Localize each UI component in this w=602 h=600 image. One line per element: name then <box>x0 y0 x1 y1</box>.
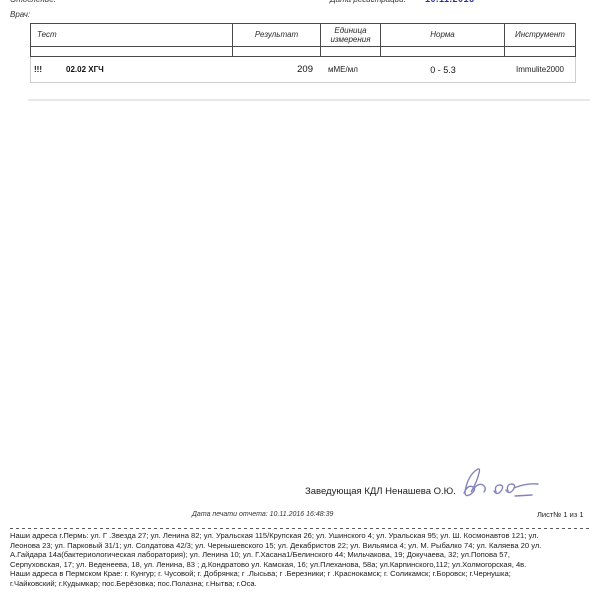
addresses-perm: Наши адреса г.Пермь: ул. Г .Звезда 27; у… <box>10 531 558 569</box>
abnormal-flag: !!! <box>34 65 66 74</box>
instrument-name: Immulite2000 <box>505 65 575 74</box>
print-date-label: Дата печати отчета: <box>192 511 268 518</box>
column-header-instrument: Инструмент <box>505 24 575 46</box>
column-header-unit: Единица измерения <box>321 24 381 46</box>
horizontal-divider <box>28 99 590 101</box>
column-header-norm: Норма <box>381 24 505 46</box>
dashed-separator <box>10 528 591 529</box>
addresses-block: Наши адреса г.Пермь: ул. Г .Звезда 27; у… <box>10 531 558 589</box>
registration-date-label: Дата регистрации: <box>330 0 406 4</box>
test-name: 02.02 ХГЧ <box>66 65 104 74</box>
addresses-krai: Наши адреса в Пермском Крае: г. Кунгур; … <box>10 569 558 588</box>
unit-value: мМЕ/мл <box>321 65 381 74</box>
results-table-header: Тест Результат Единица измерения Норма И… <box>30 23 576 47</box>
column-header-result: Результат <box>233 24 321 46</box>
print-date-line: Дата печати отчета: 10.11.2016 16:48:39 <box>192 511 333 518</box>
department-label: Отделение: <box>10 0 56 4</box>
print-date-value: 10.11.2016 16:48:39 <box>270 511 334 518</box>
norm-range: 0 - 5.3 <box>381 65 505 75</box>
lab-report-page: Отделение: Дата регистрации: 10.11.2016 … <box>0 0 602 600</box>
sheet-number: Лист№ 1 из 1 <box>537 510 584 519</box>
doctor-label: Врач: <box>10 10 30 19</box>
results-table-spacer-row <box>30 47 576 57</box>
table-row: !!! 02.02 ХГЧ 209 мМЕ/мл 0 - 5.3 Immulit… <box>30 57 576 83</box>
test-cell: !!! 02.02 ХГЧ <box>31 65 233 74</box>
signatory-title: Заведующая КДЛ Ненашева О.Ю. <box>305 486 456 497</box>
signature-handwriting <box>458 466 543 508</box>
column-header-test: Тест <box>31 24 233 46</box>
results-table: Тест Результат Единица измерения Норма И… <box>30 23 576 83</box>
registration-date-value: 10.11.2016 <box>425 0 475 4</box>
result-value: 209 <box>233 64 321 75</box>
